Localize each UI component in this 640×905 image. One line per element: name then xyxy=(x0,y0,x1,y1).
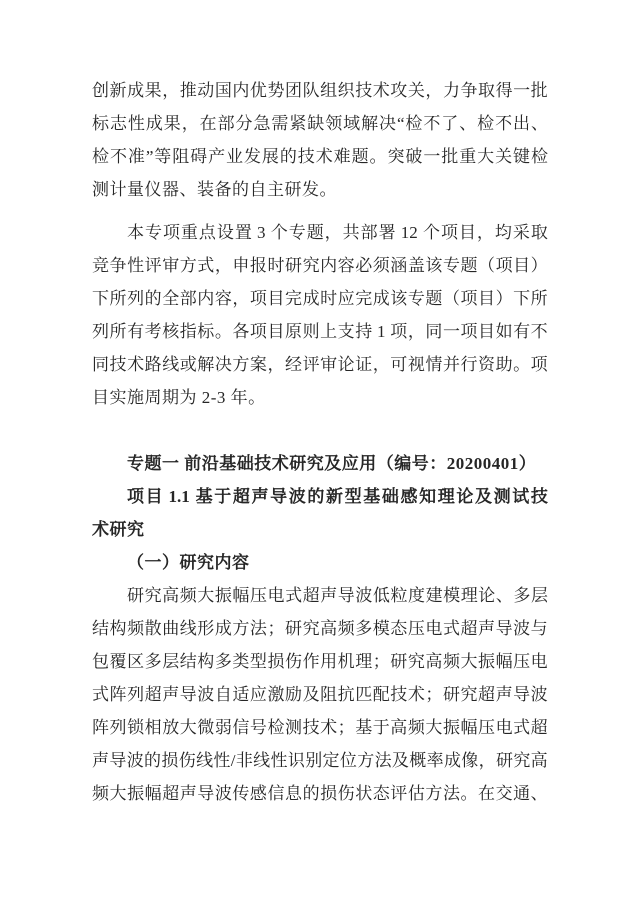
text-line: 列所有考核指标。各项目原则上支持 1 项，同一项目如有不 xyxy=(92,315,548,348)
text-line: 标志性成果，在部分急需紧缺领域解决“检不了、检不出、 xyxy=(92,107,548,140)
text-line: 术研究 xyxy=(92,513,548,546)
document-page: 创新成果，推动国内优势团队组织技术攻关，力争取得一批标志性成果，在部分急需紧缺领… xyxy=(0,0,640,905)
text-line: （一）研究内容 xyxy=(92,546,548,579)
text-line: 目实施周期为 2-3 年。 xyxy=(92,381,548,414)
section-heading: （一）研究内容 xyxy=(92,546,548,579)
text-line: 专题一 前沿基础技术研究及应用（编号：20200401） xyxy=(92,447,548,480)
paragraph: 研究高频大振幅压电式超声导波低粒度建模理论、多层结构频散曲线形成方法；研究高频多… xyxy=(92,579,548,810)
text-line: 包覆区多层结构多类型损伤作用机理；研究高频大振幅压电 xyxy=(92,645,548,678)
section-heading: 专题一 前沿基础技术研究及应用（编号：20200401） xyxy=(92,447,548,480)
text-line: 竞争性评审方式，申报时研究内容必须涵盖该专题（项目） xyxy=(92,249,548,282)
text-line: 本专项重点设置 3 个专题，共部署 12 个项目，均采取 xyxy=(92,216,548,249)
section-heading: 项目 1.1 基于超声导波的新型基础感知理论及测试技术研究 xyxy=(92,480,548,546)
text-line: 式阵列超声导波自适应激励及阻抗匹配技术；研究超声导波 xyxy=(92,678,548,711)
text-line: 创新成果，推动国内优势团队组织技术攻关，力争取得一批 xyxy=(92,74,548,107)
text-line: 结构频散曲线形成方法；研究高频多模态压电式超声导波与 xyxy=(92,612,548,645)
text-line: 研究高频大振幅压电式超声导波低粒度建模理论、多层 xyxy=(92,579,548,612)
text-line: 检不准”等阻碍产业发展的技术难题。突破一批重大关键检 xyxy=(92,140,548,173)
text-line: 频大振幅超声导波传感信息的损伤状态评估方法。在交通、 xyxy=(92,777,548,810)
text-line: 测计量仪器、装备的自主研发。 xyxy=(92,173,548,206)
paragraph: 本专项重点设置 3 个专题，共部署 12 个项目，均采取竞争性评审方式，申报时研… xyxy=(92,216,548,414)
text-line: 同技术路线或解决方案，经评审论证，可视情并行资助。项 xyxy=(92,348,548,381)
document-page-content: 创新成果，推动国内优势团队组织技术攻关，力争取得一批标志性成果，在部分急需紧缺领… xyxy=(92,74,548,810)
text-line: 下所列的全部内容，项目完成时应完成该专题（项目）下所 xyxy=(92,282,548,315)
text-line: 项目 1.1 基于超声导波的新型基础感知理论及测试技 xyxy=(92,480,548,513)
text-line: 声导波的损伤线性/非线性识别定位方法及概率成像，研究高 xyxy=(92,744,548,777)
text-line: 阵列锁相放大微弱信号检测技术；基于高频大振幅压电式超 xyxy=(92,711,548,744)
paragraph: 创新成果，推动国内优势团队组织技术攻关，力争取得一批标志性成果，在部分急需紧缺领… xyxy=(92,74,548,206)
